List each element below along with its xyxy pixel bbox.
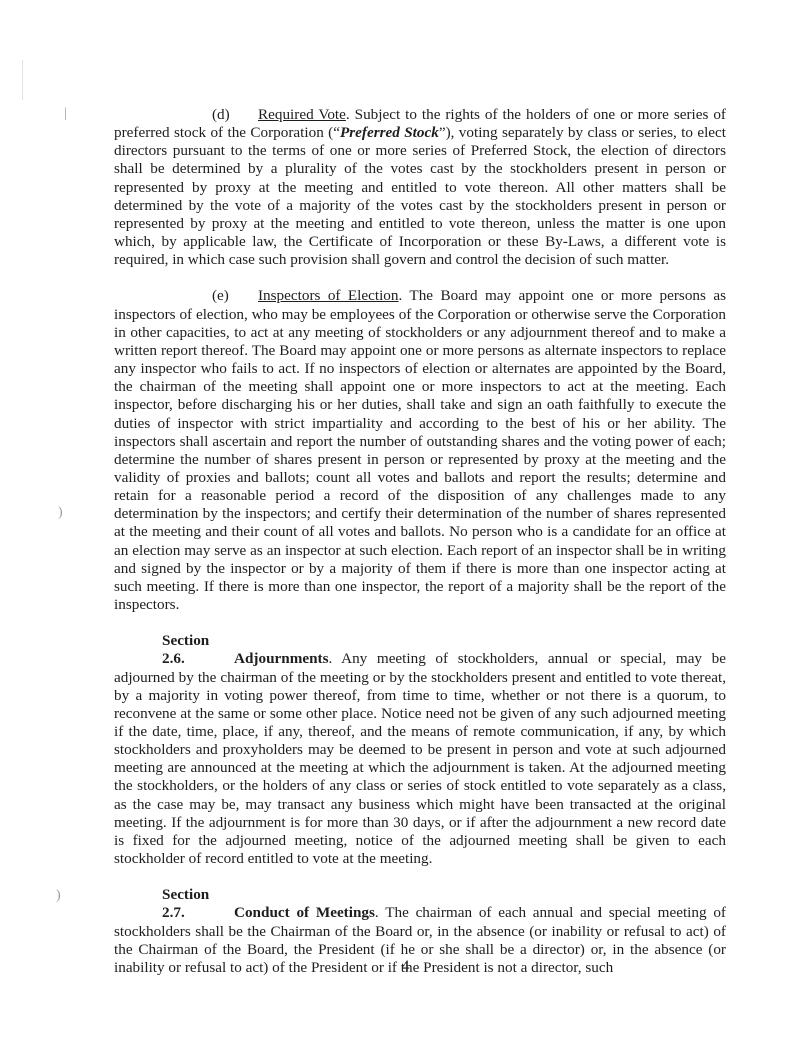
document-page: | ) ) (d)Required Vote. Subject to the r… <box>0 0 811 1049</box>
scan-edge-mark <box>22 60 23 100</box>
document-body: (d)Required Vote. Subject to the rights … <box>114 106 726 995</box>
paragraph-marker: (d) <box>212 106 258 124</box>
section-number: Section 2.6. <box>162 632 234 668</box>
margin-mark: ) <box>58 505 63 521</box>
paragraph-marker: (e) <box>212 287 258 305</box>
paragraph-text: ”), voting separately by class or series… <box>114 124 726 268</box>
section-number: Section 2.7. <box>162 886 234 922</box>
defined-term: Preferred Stock <box>340 124 439 141</box>
section-adjournments: Section 2.6.Adjournments. Any meeting of… <box>114 632 726 868</box>
paragraph-inspectors-of-election: (e)Inspectors of Election. The Board may… <box>114 287 726 614</box>
section-heading: Adjournments <box>234 650 329 667</box>
margin-mark: ) <box>56 888 61 904</box>
section-text: . Any meeting of stockholders, annual or… <box>114 650 726 867</box>
page-number: 4 <box>0 958 811 976</box>
paragraph-text: . The Board may appoint one or more pers… <box>114 287 726 613</box>
paragraph-heading: Required Vote <box>258 106 346 123</box>
margin-mark: | <box>64 106 67 122</box>
paragraph-required-vote: (d)Required Vote. Subject to the rights … <box>114 106 726 269</box>
paragraph-heading: Inspectors of Election <box>258 287 399 304</box>
section-heading: Conduct of Meetings <box>234 904 375 921</box>
